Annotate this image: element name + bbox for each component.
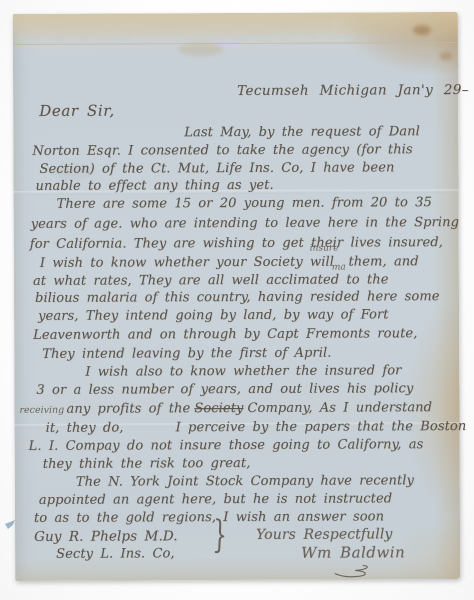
letter-line: bilious malaria of this country, having … (35, 289, 440, 306)
blue-margin-mark (5, 520, 15, 529)
letter-line: Section) of the Ct. Mut, Life Ins. Co, I… (39, 160, 394, 177)
addressee-title: Secty L. Ins. Co, (56, 546, 175, 562)
letter-line: appointed an agent here, but he is not i… (39, 491, 392, 508)
line-segment: Company, As I understand (247, 400, 432, 416)
letter-line: L. I. Compay do not insure those going t… (29, 437, 424, 454)
letter-paper: Tecumseh Michigan Jan'y 29– Dear Sir, La… (13, 12, 460, 581)
line-segment: it, they do, (46, 420, 124, 435)
paper-fold-stain (13, 12, 458, 45)
letter-line: Last May, by the request of Danl (184, 124, 420, 140)
signature-flourish (329, 563, 373, 579)
line-segment: any profits of the (66, 401, 190, 417)
letter-line: They intend leaving by the first of Apri… (42, 346, 331, 362)
interlined-word: insure (310, 244, 339, 254)
valediction: Yours Respectfully (256, 526, 392, 543)
letter-line: I wish to know whether your Society will… (40, 254, 419, 271)
marginal-insertion: receiving (19, 405, 64, 416)
addressee-name: Guy R. Phelps M.D. (34, 528, 178, 545)
struck-word: Society (194, 401, 243, 416)
letter-line: for California. They are wishing to get … (30, 235, 443, 252)
stain-spot (413, 25, 431, 35)
letter-line: at what rates, They are all well acclima… (33, 272, 389, 289)
dateline: Tecumseh Michigan Jan'y 29– (237, 82, 469, 99)
letter-line: The N. York Joint Stock Company have rec… (76, 473, 414, 489)
letter-line: they think the risk too great, (43, 456, 251, 472)
letter-line: to as to the gold regions, I wish an ans… (34, 509, 384, 526)
salutation: Dear Sir, (39, 102, 115, 120)
scan-background: Tecumseh Michigan Jan'y 29– Dear Sir, La… (0, 0, 474, 600)
stain-spot (178, 43, 224, 56)
letter-line: Norton Esqr. I consented to take the age… (32, 142, 412, 159)
letter-line: years, They intend going by land, by way… (38, 307, 389, 324)
stain-spot (440, 52, 452, 60)
letter-line: 3 or a less number of years, and out liv… (36, 381, 413, 398)
closing-brace: } (212, 512, 228, 558)
letter-line: Leavenworth and on through by Capt Fremo… (33, 326, 417, 343)
letter-line: There are some 15 or 20 young men. from … (57, 195, 432, 212)
letter-line: I wish also to know whether the insured … (85, 363, 401, 379)
letter-line: any profits of theSocietyCompany, As I u… (66, 400, 432, 417)
line-segment: I perceive by the papers that the Boston (176, 419, 467, 435)
interlined-word: ma (332, 263, 346, 273)
signature: Wm Baldwin (301, 543, 405, 561)
letter-line: it, they do, I perceive by the papers th… (46, 420, 124, 435)
letter-line: unable to effect any thing as yet. (35, 178, 273, 194)
letter-line: years of age. who are intending to leave… (31, 215, 459, 232)
